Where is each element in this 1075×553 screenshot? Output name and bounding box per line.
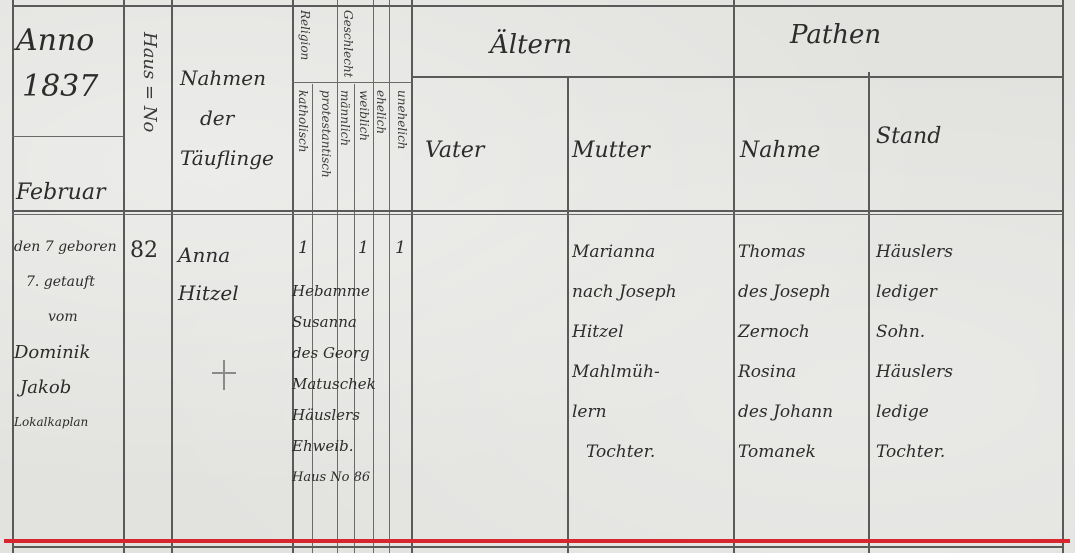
entry-mother: Marianna nach Joseph Hitzel Mahlmüh- ler…: [572, 232, 677, 472]
grid-line: [1062, 0, 1064, 553]
godparent-name-header: Nahme: [740, 140, 820, 162]
grid-line: [567, 76, 569, 553]
protestant-subheader: protestantisch: [319, 90, 333, 178]
grid-line: [412, 76, 1062, 78]
grid-line: [12, 136, 123, 137]
father-header: Vater: [425, 140, 484, 162]
male-subheader: männlich: [338, 90, 352, 146]
grid-line: [12, 546, 1062, 548]
godparents-header: Pathen: [790, 22, 881, 48]
mother-header: Mutter: [572, 140, 650, 162]
grid-line: [123, 0, 125, 553]
catholic-subheader: katholisch: [296, 90, 310, 152]
gender-mark: 1: [358, 240, 369, 257]
grid-line: [868, 72, 870, 553]
legitimate-subheader: ehelich: [374, 90, 388, 134]
year-label: Anno: [16, 26, 94, 56]
parents-header: Ältern: [490, 32, 572, 58]
grid-line: [733, 0, 735, 553]
grid-line: [292, 82, 412, 83]
religion-mark: 1: [298, 240, 309, 257]
gender-header: Geschlecht: [341, 10, 355, 78]
entry-godparent-status: Häuslers lediger Sohn. Häuslers ledige T…: [876, 232, 953, 472]
grid-line: [12, 5, 1064, 7]
entry-godparent-names: Thomas des Joseph Zernoch Rosina des Joh…: [738, 232, 833, 472]
godparent-status-header: Stand: [876, 126, 941, 148]
cross-mark-icon: [212, 360, 236, 390]
illegitimate-subheader: unehelich: [395, 90, 409, 150]
grid-line: [12, 210, 1062, 212]
names-header: Nahmen der Täuflinge: [180, 58, 274, 178]
midwife-note: Hebamme Susanna des Georg Matuschek Häus…: [292, 276, 376, 493]
female-subheader: weiblich: [357, 90, 371, 141]
legitimacy-mark: 1: [395, 240, 406, 257]
register-page: Anno 1837 Februar Haus = No Nahmen der T…: [0, 0, 1075, 553]
religion-header: Religion: [298, 10, 312, 60]
entry-house-number: 82: [130, 240, 158, 262]
entry-child-name: Anna Hitzel: [178, 236, 239, 312]
grid-line: [12, 214, 1062, 215]
year-value: 1837: [22, 72, 98, 102]
house-number-label: Haus = No: [139, 32, 160, 132]
red-highlight-line: [4, 539, 1070, 543]
grid-line: [171, 0, 173, 553]
entry-date-priest: den 7 geboren 7. getauft vom Dominik Jak…: [14, 230, 117, 440]
month-label: Februar: [16, 182, 105, 204]
